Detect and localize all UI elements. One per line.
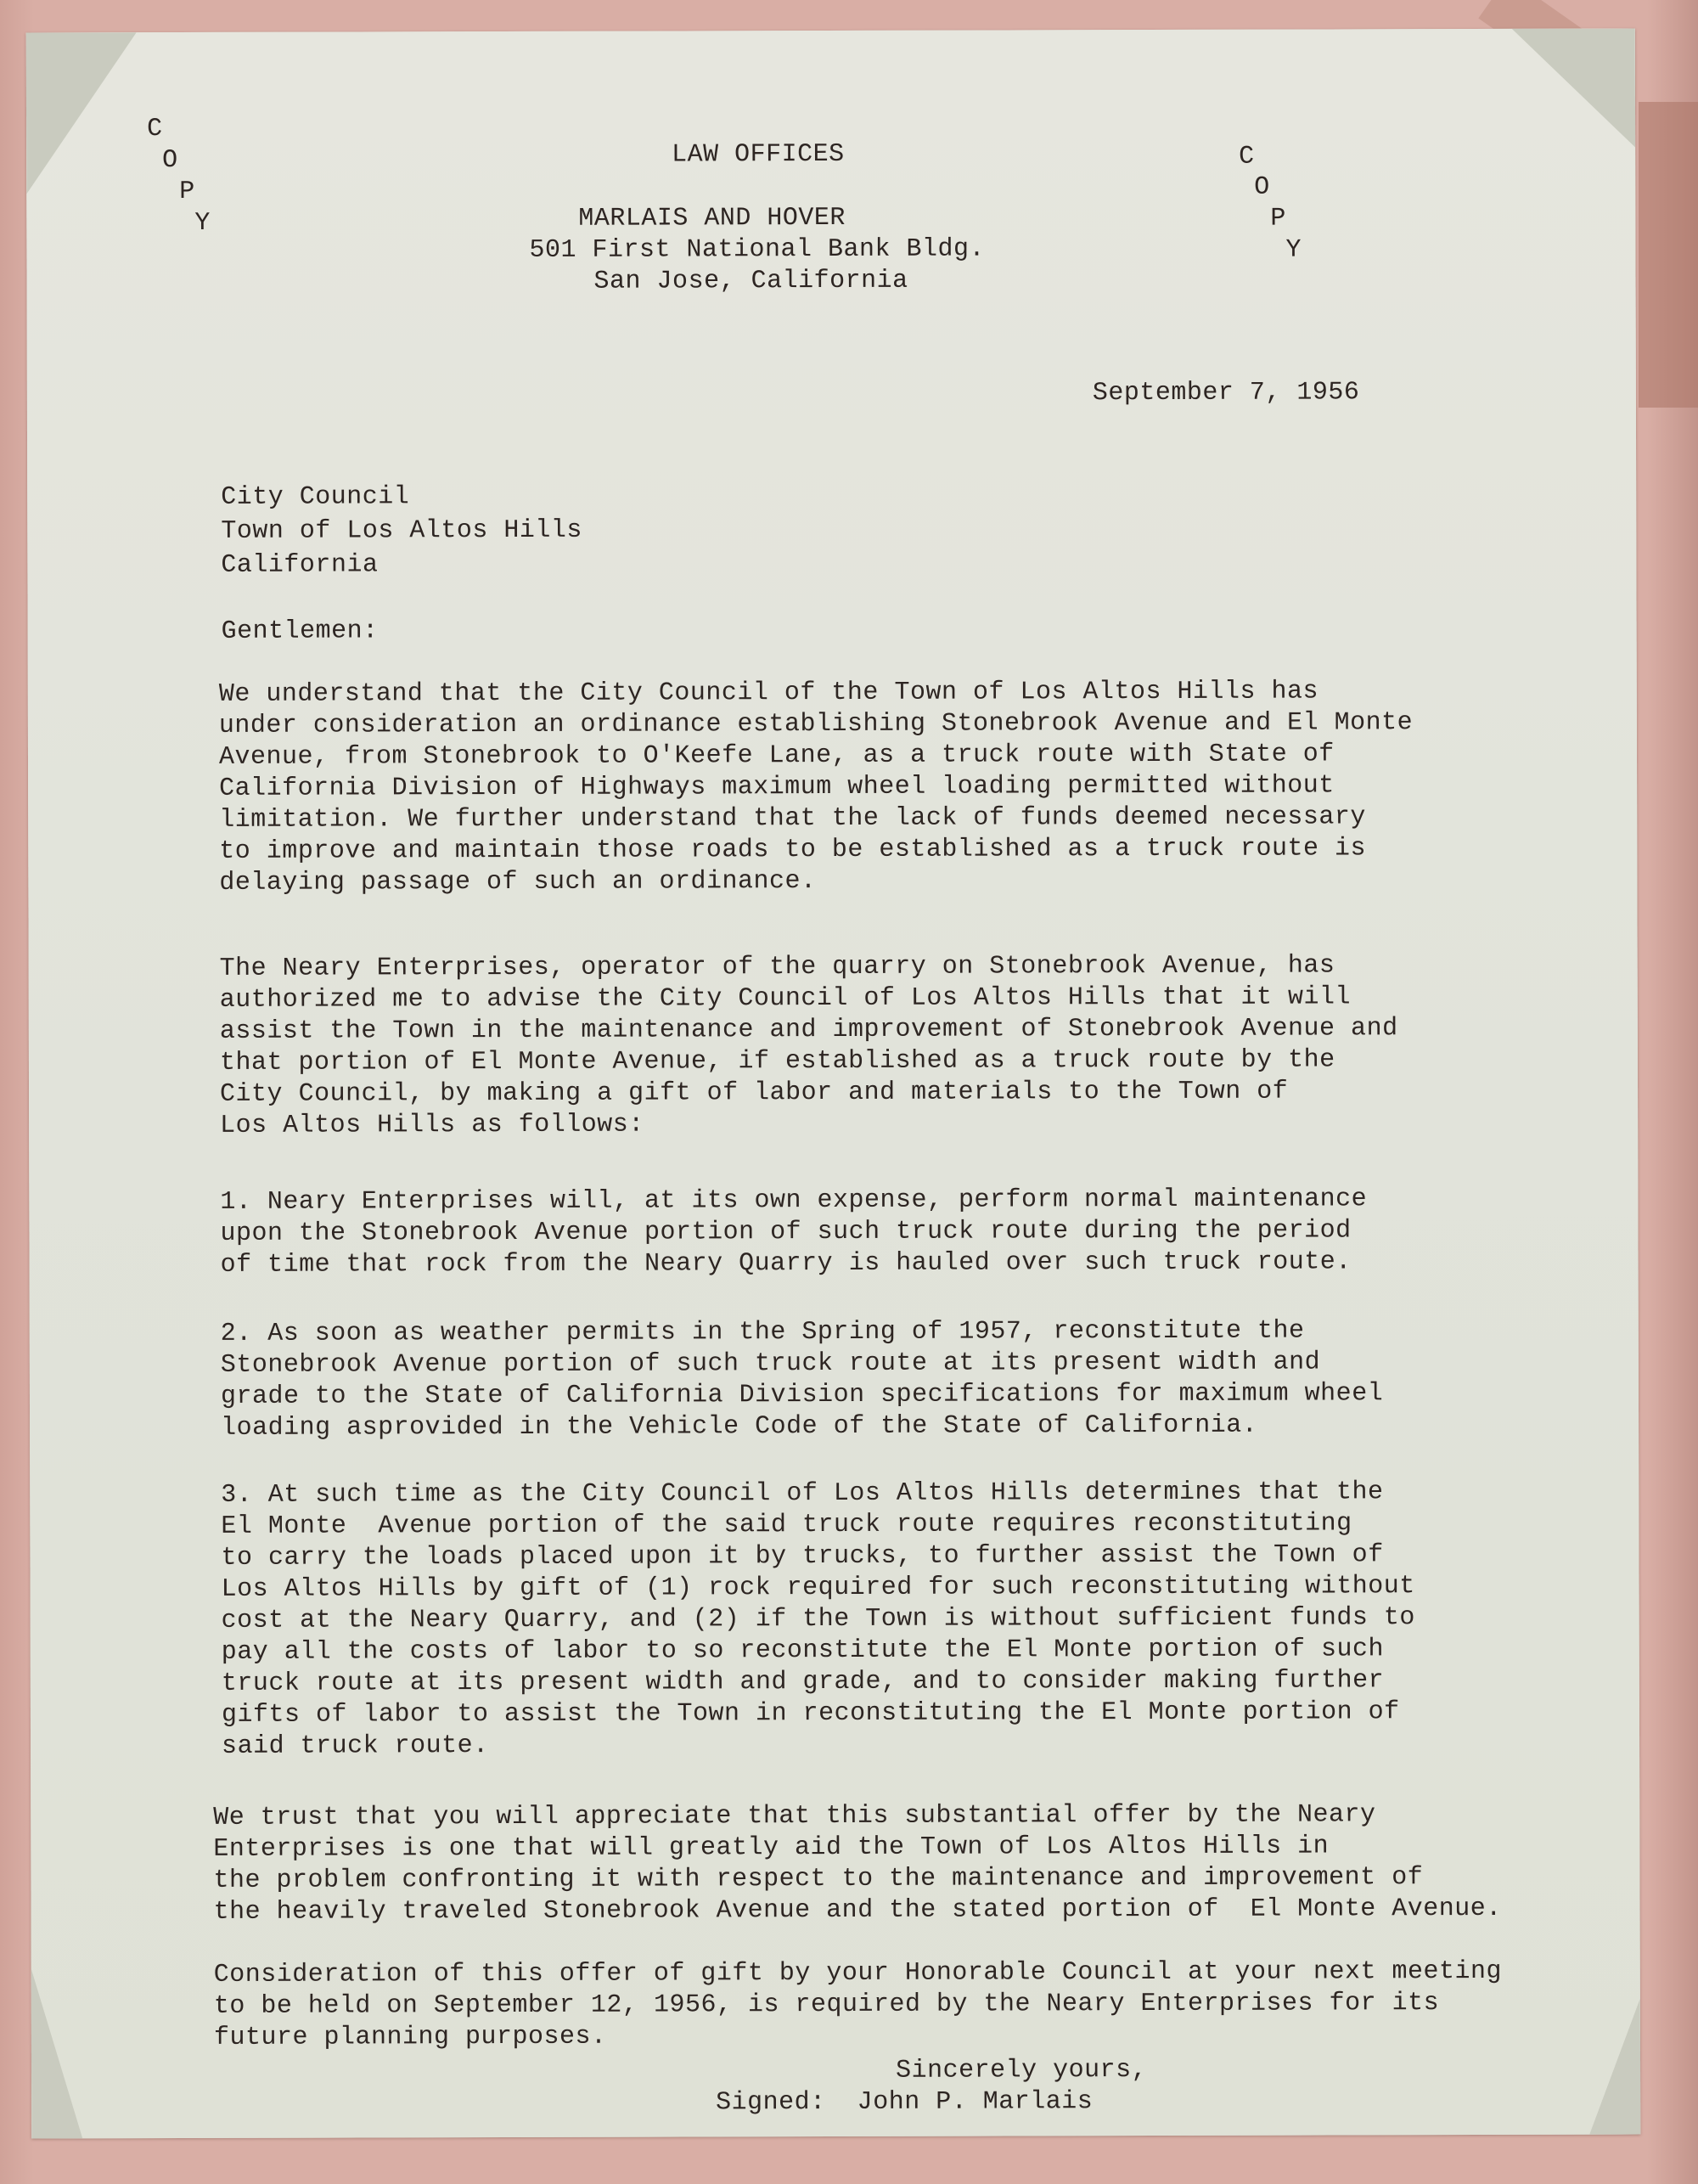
text-line: Stonebrook Avenue portion of such truck … — [221, 1347, 1494, 1382]
text-line: City Council, by making a gift of labor … — [220, 1076, 1493, 1111]
list-item-1: 1. Neary Enterprises will, at its own ex… — [220, 1184, 1493, 1281]
copy-letter: P — [179, 177, 195, 208]
copy-letter: C — [147, 114, 163, 145]
letterhead-firm: MARLAIS AND HOVER — [578, 203, 846, 235]
edge-tape — [1639, 102, 1698, 408]
photo-corner — [31, 1968, 83, 2138]
list-item-3: 3. At such time as the City Council of L… — [221, 1477, 1495, 1763]
text-line: 1. Neary Enterprises will, at its own ex… — [220, 1184, 1493, 1219]
text-line: that portion of El Monte Avenue, if esta… — [220, 1044, 1493, 1079]
text-line: loading asprovided in the Vehicle Code o… — [221, 1410, 1494, 1444]
text-line: the heavily traveled Stonebrook Avenue a… — [214, 1894, 1487, 1928]
text-line: pay all the costs of labor to so reconst… — [222, 1634, 1495, 1669]
text-line: cost at the Neary Quarry, and (2) if the… — [222, 1602, 1495, 1637]
photo-corner — [1589, 1999, 1640, 2135]
text-line: limitation. We further understand that t… — [219, 802, 1493, 836]
recipient-line: City Council — [221, 481, 409, 514]
text-line: upon the Stonebrook Avenue portion of su… — [220, 1215, 1493, 1250]
copy-letter: P — [1270, 204, 1286, 235]
photo-corner — [1512, 29, 1635, 148]
recipient-line: California — [221, 549, 378, 581]
copy-letter: Y — [1285, 235, 1302, 267]
text-line: to improve and maintain those roads to b… — [219, 833, 1493, 868]
text-line: said truck route. — [222, 1728, 1495, 1763]
letterhead-address: 501 First National Bank Bldg. — [529, 234, 985, 267]
text-line: Enterprises is one that will greatly aid… — [213, 1831, 1487, 1866]
text-line: of time that rock from the Neary Quarry … — [221, 1247, 1494, 1281]
text-line: We understand that the City Council of t… — [219, 676, 1493, 711]
text-line: 2. As soon as weather permits in the Spr… — [221, 1315, 1494, 1350]
letter-date: September 7, 1956 — [1093, 377, 1360, 409]
text-line: to be held on September 12, 1956, is req… — [214, 1988, 1487, 2023]
paragraph-appreciation: We trust that you will appreciate that t… — [213, 1799, 1487, 1928]
text-line: Los Altos Hills by gift of (1) rock requ… — [222, 1571, 1495, 1606]
text-line: gifts of labor to assist the Town in rec… — [222, 1697, 1495, 1731]
text-line: assist the Town in the maintenance and i… — [220, 1013, 1493, 1048]
paragraph-offer: The Neary Enterprises, operator of the q… — [220, 950, 1494, 1142]
text-line: future planning purposes. — [214, 2019, 1487, 2054]
text-line: Los Altos Hills as follows: — [220, 1107, 1493, 1142]
letterhead-title: LAW OFFICES — [672, 139, 845, 172]
closing: Sincerely yours, — [896, 2055, 1147, 2087]
letter-page: C O P Y C O P Y LAW OFFICES MARLAIS AND … — [26, 29, 1640, 2139]
copy-letter: C — [1239, 142, 1255, 173]
text-line: grade to the State of California Divisio… — [221, 1378, 1494, 1413]
text-line: The Neary Enterprises, operator of the q… — [220, 950, 1493, 985]
text-line: the problem confronting it with respect … — [213, 1862, 1487, 1897]
text-line: 3. At such time as the City Council of L… — [221, 1477, 1494, 1511]
letterhead-city: San Jose, California — [593, 266, 908, 298]
paragraph-consideration: Consideration of this offer of gift by y… — [214, 1956, 1487, 2054]
text-line: We trust that you will appreciate that t… — [213, 1799, 1487, 1834]
text-line: to carry the loads placed upon it by tru… — [221, 1539, 1494, 1574]
text-line: Consideration of this offer of gift by y… — [214, 1956, 1487, 1991]
copy-letter: Y — [194, 208, 211, 239]
paragraph-understanding: We understand that the City Council of t… — [219, 676, 1493, 899]
salutation: Gentlemen: — [222, 616, 379, 647]
text-line: under consideration an ordinance establi… — [219, 707, 1493, 742]
text-line: authorized me to advise the City Council… — [220, 982, 1493, 1016]
text-line: truck route at its present width and gra… — [222, 1665, 1495, 1700]
recipient-line: Town of Los Altos Hills — [221, 515, 582, 548]
text-line: El Monte Avenue portion of the said truc… — [221, 1508, 1494, 1543]
photo-corner — [26, 32, 137, 194]
list-item-2: 2. As soon as weather permits in the Spr… — [221, 1315, 1494, 1444]
copy-letter: O — [1254, 172, 1270, 204]
text-line: delaying passage of such an ordinance. — [219, 864, 1493, 899]
text-line: California Division of Highways maximum … — [219, 770, 1493, 805]
signature: Signed: John P. Marlais — [716, 2086, 1093, 2119]
text-line: Avenue, from Stonebrook to O'Keefe Lane,… — [219, 739, 1493, 774]
copy-letter: O — [162, 145, 178, 177]
